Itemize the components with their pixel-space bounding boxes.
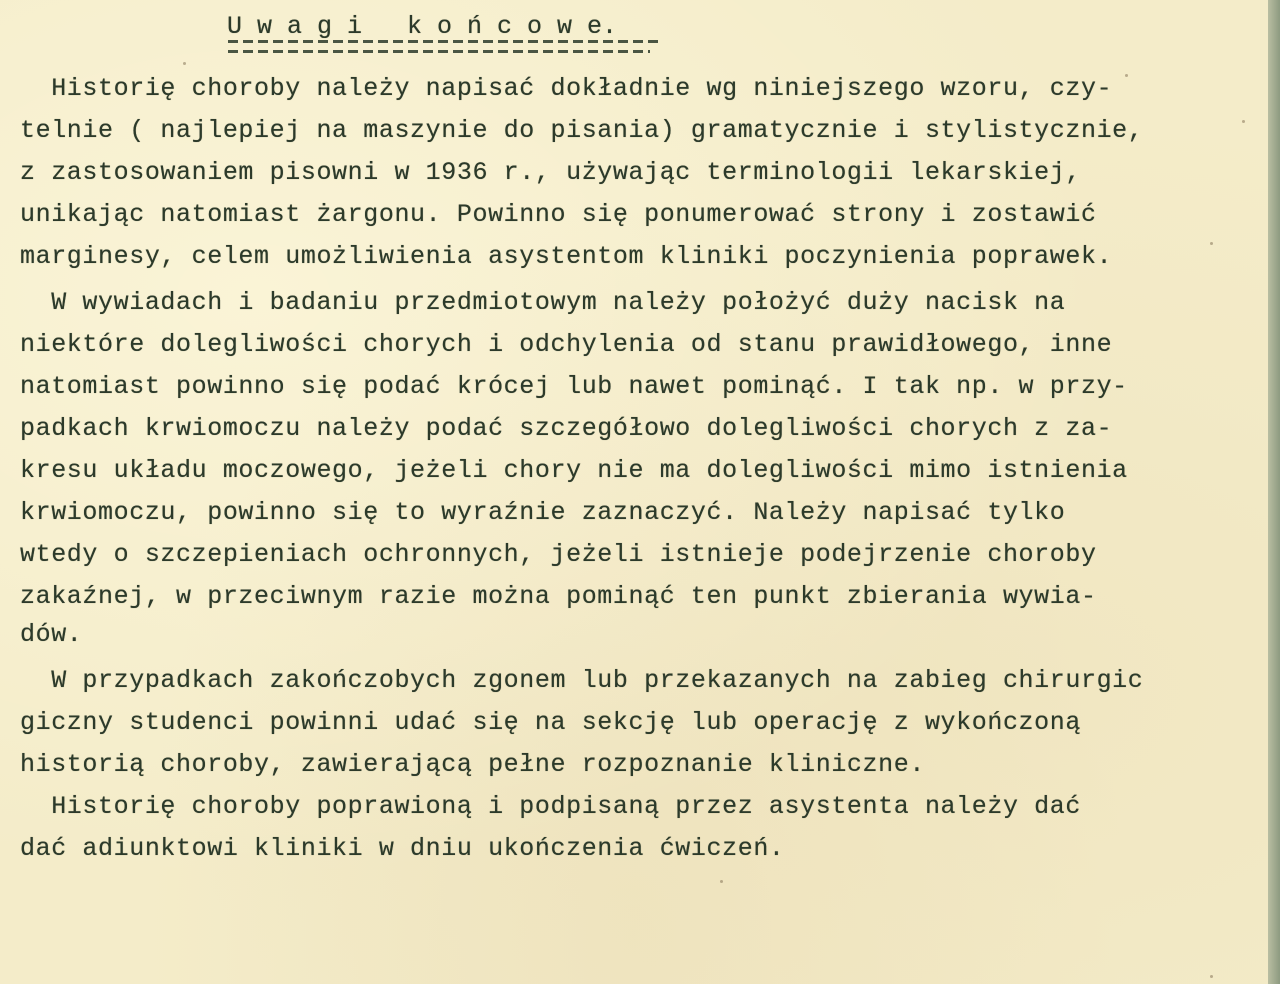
paper-fleck (720, 880, 723, 883)
text-line: z zastosowaniem pisowni w 1936 r., używa… (20, 158, 1081, 187)
text-line: historią choroby, zawierającą pełne rozp… (20, 750, 925, 779)
paper-fleck (183, 62, 186, 65)
title-underline (228, 40, 658, 43)
text-line: kresu układu moczowego, jeżeli chory nie… (20, 456, 1128, 485)
text-line: W przypadkach zakończobych zgonem lub pr… (20, 666, 1143, 695)
paper-fleck (1125, 74, 1128, 77)
text-line: wtedy o szczepieniach ochronnych, jeżeli… (20, 540, 1097, 569)
text-line: telnie ( najlepiej na maszynie do pisani… (20, 116, 1143, 145)
text-line: marginesy, celem umożliwienia asystentom… (20, 242, 1112, 271)
text-line: giczny studenci powinni udać się na sekc… (20, 708, 1081, 737)
paper-fleck (1242, 120, 1245, 123)
text-line: krwiomoczu, powinno się to wyraźnie zazn… (20, 498, 1065, 527)
text-line: unikając natomiast żargonu. Powinno się … (20, 200, 1097, 229)
paper-fleck (1210, 975, 1213, 978)
document-title: U w a g i k o ń c o w e. (227, 12, 617, 41)
text-line: Historię choroby należy napisać dokładni… (20, 74, 1112, 103)
typewritten-page: U w a g i k o ń c o w e. Historię chorob… (0, 0, 1268, 984)
paper-fleck (1210, 242, 1213, 245)
text-line: dać adiunktowi kliniki w dniu ukończenia… (20, 834, 785, 863)
text-line: Historię choroby poprawioną i podpisaną … (20, 792, 1081, 821)
text-line: natomiast powinno się podać krócej lub n… (20, 372, 1128, 401)
text-line: niektóre dolegliwości chorych i odchylen… (20, 330, 1112, 359)
scan-edge (1268, 0, 1280, 984)
text-line: dów. (20, 620, 82, 649)
title-underline-double (228, 50, 650, 53)
text-line: zakaźnej, w przeciwnym razie można pomin… (20, 582, 1097, 611)
text-line: W wywiadach i badaniu przedmiotowym nale… (20, 288, 1065, 317)
text-line: padkach krwiomoczu należy podać szczegół… (20, 414, 1112, 443)
